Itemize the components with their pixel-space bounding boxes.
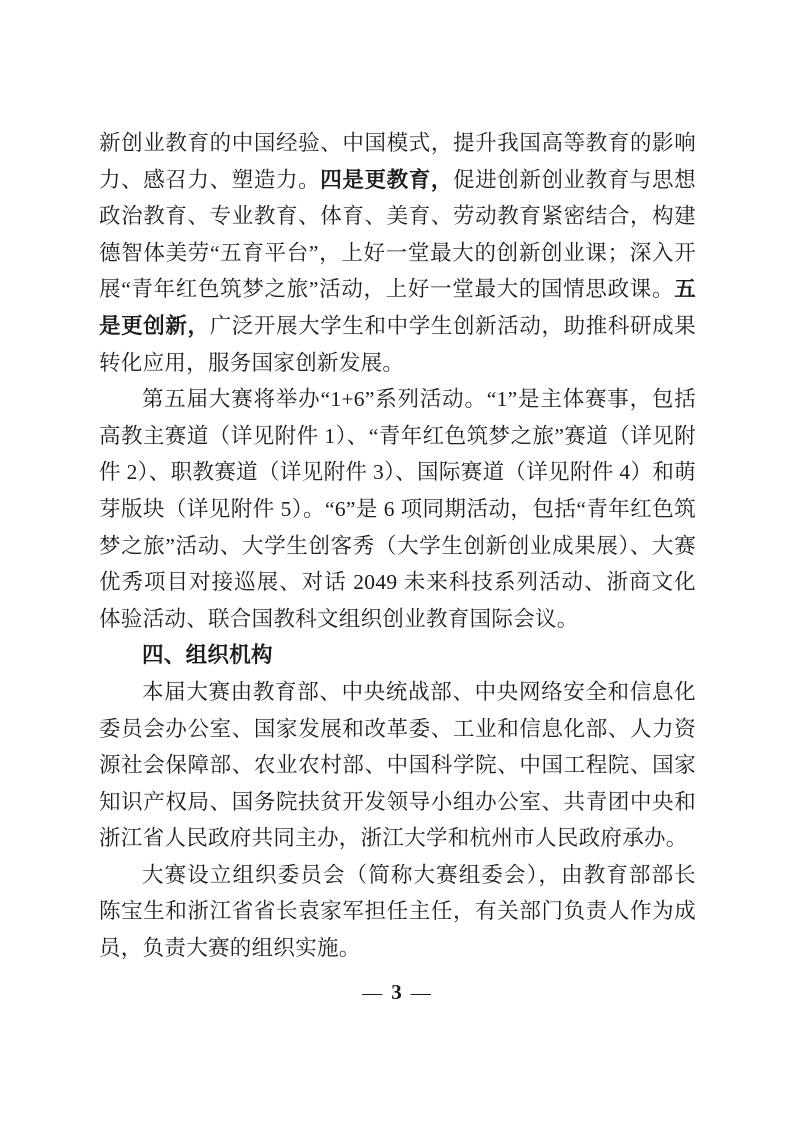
page-number: —3—	[0, 980, 793, 1005]
page-number-dash-left: —	[362, 982, 382, 1004]
emphasis-four-is-more-education: 四是更教育，	[320, 168, 453, 192]
paragraph-series-activities: 第五届大赛将举办“1+6”系列活动。“1”是主体赛事，包括高教主赛道（详见附件 …	[99, 381, 696, 637]
page-number-dash-right: —	[411, 982, 431, 1004]
paragraph-committee: 大赛设立组织委员会（简称大赛组委会），由教育部部长陈宝生和浙江省省长袁家军担任主…	[99, 857, 696, 967]
document-page: 新创业教育的中国经验、中国模式，提升我国高等教育的影响力、感召力、塑造力。四是更…	[0, 0, 793, 1122]
section-heading-organization: 四、组织机构	[99, 637, 696, 674]
page-number-value: 3	[391, 980, 402, 1004]
document-body: 新创业教育的中国经验、中国模式，提升我国高等教育的影响力、感召力、塑造力。四是更…	[99, 125, 696, 967]
paragraph-continuation: 新创业教育的中国经验、中国模式，提升我国高等教育的影响力、感召力、塑造力。四是更…	[99, 125, 696, 381]
paragraph-organizers: 本届大赛由教育部、中央统战部、中央网络安全和信息化委员会办公室、国家发展和改革委…	[99, 674, 696, 857]
